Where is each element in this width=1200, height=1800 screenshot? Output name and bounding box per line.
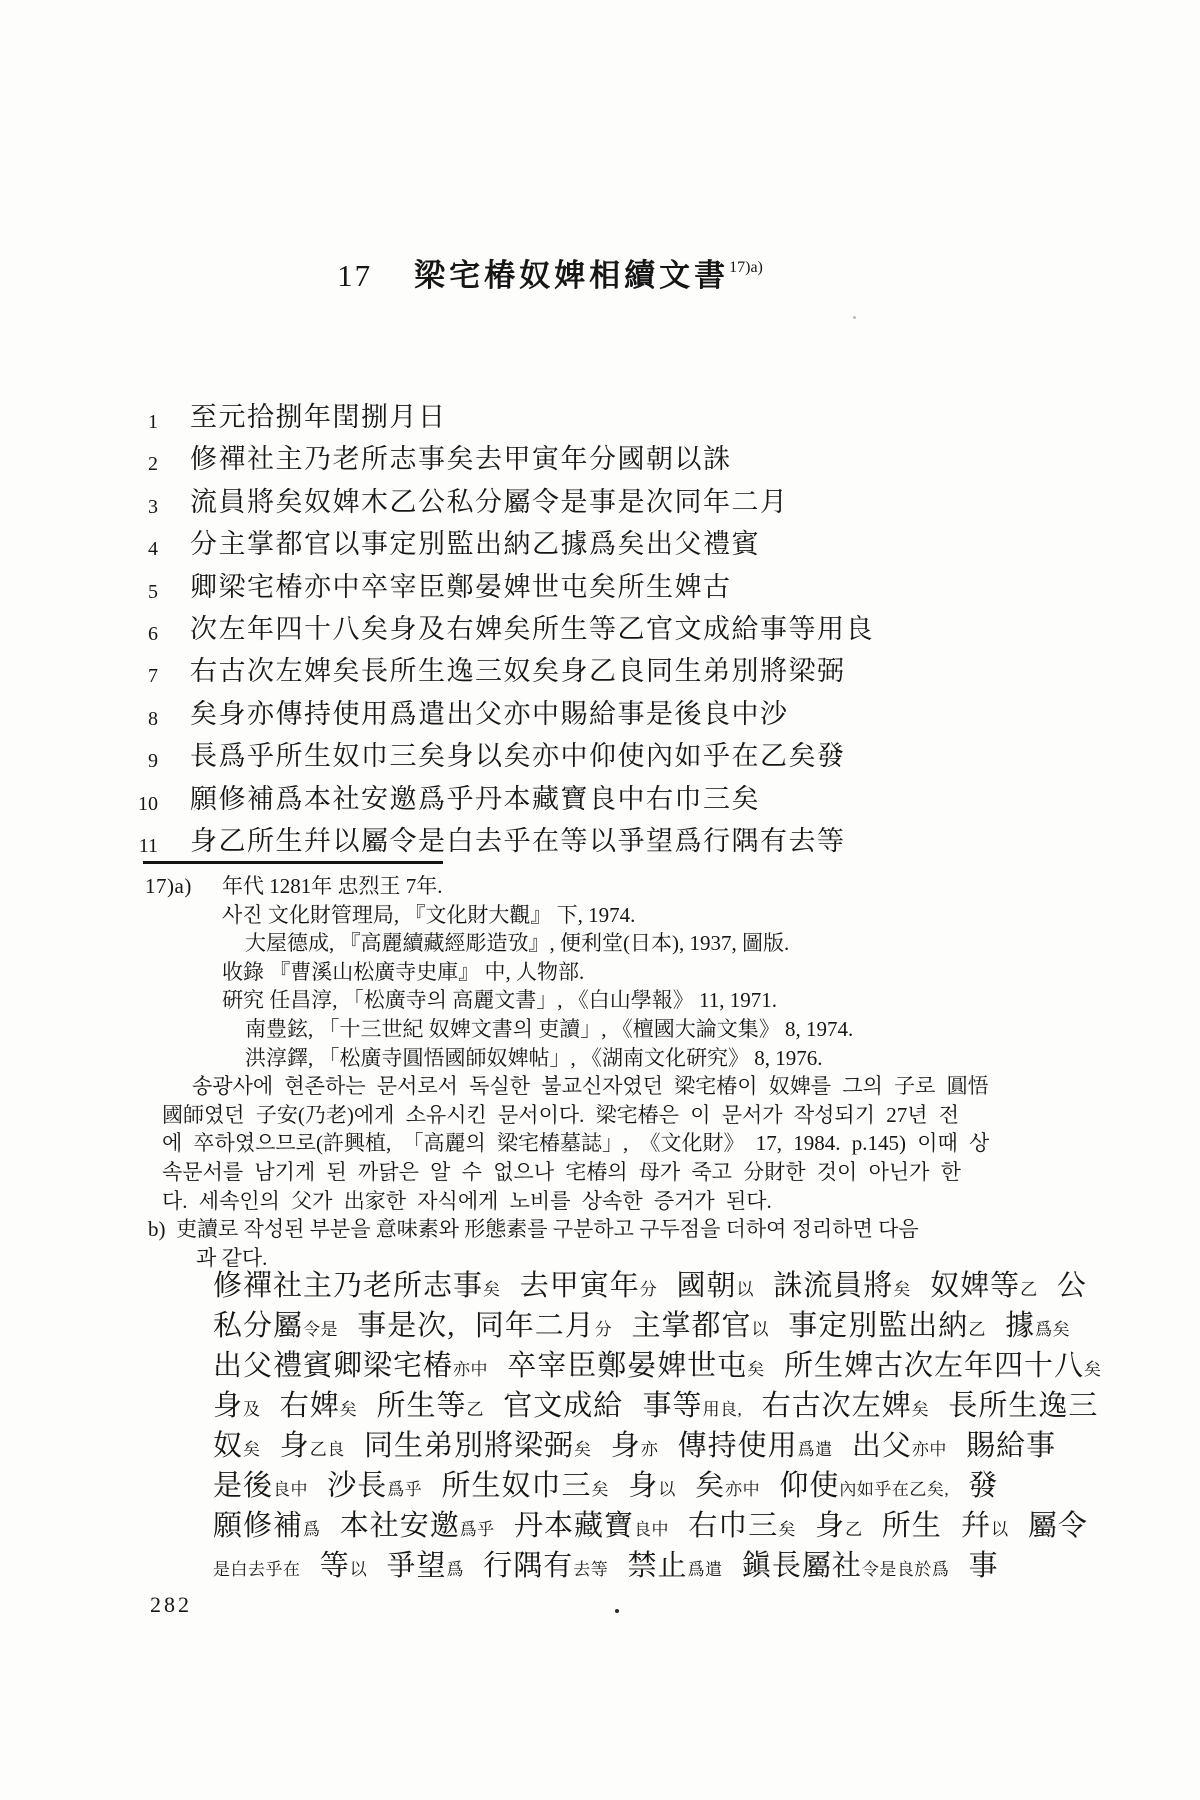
idu-word: 是後 <box>213 1470 273 1502</box>
footnote-line: 南豊鉉, 「十三世紀 奴婢文書의 吏讀」, 《檀國大論文集》 8, 1974. <box>145 1015 1090 1044</box>
idu-word: 所生 幷 <box>863 1510 992 1542</box>
line-number: 3 <box>120 486 158 528</box>
idu-morpheme: 以 <box>737 1280 755 1299</box>
idu-morpheme: 良中 <box>273 1480 308 1499</box>
idu-word: 事 <box>949 1550 998 1582</box>
idu-morpheme: 是白去乎在 <box>213 1560 301 1579</box>
idu-reading-block: 修禪社主乃老所志事矣 去甲寅年分 國朝以 誅流員將矣 奴婢等乙 公私分屬令是 事… <box>213 1266 1113 1586</box>
idu-morpheme: 令是 <box>303 1320 338 1339</box>
idu-morpheme: 亦 <box>641 1440 659 1459</box>
ink-speck <box>853 316 856 319</box>
idu-morpheme: 令是良於爲 <box>862 1560 950 1579</box>
idu-word: 所生等 <box>357 1390 466 1422</box>
idu-word: 長所生逸三 <box>929 1390 1098 1422</box>
idu-morpheme: 乙 <box>467 1400 485 1419</box>
idu-word: 事是次, 同年二月 <box>338 1310 595 1342</box>
line-text: 長爲乎所生奴巾三矣身以矣亦中仰使內如乎在乙矣發 <box>190 735 846 777</box>
footnote-block: 17)a)年代 1281年 忠烈王 7年.사진 文化財管理局, 『文化財大觀』 … <box>145 872 1090 1272</box>
idu-morpheme: 亦中 <box>725 1480 760 1499</box>
idu-morpheme: 內如乎在乙矣, <box>839 1480 949 1499</box>
table-row: 9長爲乎所生奴巾三矣身以矣亦中仰使內如乎在乙矣發 <box>120 735 1100 777</box>
idu-line: 私分屬令是 事是次, 同年二月分 主掌都官以 事定別監出納乙 據爲矣 <box>213 1306 1113 1346</box>
idu-morpheme: 以 <box>991 1520 1009 1539</box>
footnote-line: 硏究 任昌淳, 「松廣寺의 高麗文書」, 《白山學報》 11, 1971. <box>145 986 1090 1015</box>
footnote-label: 17)a) <box>145 872 222 901</box>
table-row: 10願修補爲本社安邀爲乎丹本藏寶良中右巾三矣 <box>120 778 1100 820</box>
idu-word: 奴 <box>213 1430 243 1462</box>
idu-morpheme: 乙 <box>845 1520 863 1539</box>
note-b-text: 吏讀로 작성된 부분을 意味素와 形態素를 구분하고 구두점을 더하여 정리하면… <box>176 1217 919 1241</box>
idu-word: 所生奴巾三 <box>422 1470 591 1502</box>
title-footnote-ref: 17)a) <box>729 259 763 276</box>
line-text: 流員將矣奴婢木乙公私分屬令是事是次同年二月 <box>190 481 789 523</box>
footnote-paragraph-line: 송광사에 현존하는 문서로서 독실한 불교신자였던 梁宅椿이 奴婢를 그의 子로… <box>162 1072 1090 1101</box>
idu-word: 身 <box>261 1430 310 1462</box>
note-b: b)吏讀로 작성된 부분을 意味素와 形態素를 구분하고 구두점을 더하여 정리… <box>148 1215 1090 1272</box>
idu-morpheme: 矣 <box>747 1360 765 1379</box>
idu-word: 公 <box>1038 1270 1087 1302</box>
table-row: 6次左年四十八矣身及右婢矣所生等乙官文成給事等用良 <box>120 608 1100 650</box>
line-number: 1 <box>120 401 158 443</box>
idu-word: 仰使 <box>760 1470 839 1502</box>
line-text: 修禪社主乃老所志事矣去甲寅年分國朝以誅 <box>190 438 732 480</box>
idu-line: 是後良中 沙長爲乎 所生奴巾三矣 身以 矣亦中 仰使內如乎在乙矣, 發 <box>213 1466 1113 1506</box>
idu-morpheme: 良中 <box>634 1520 669 1539</box>
idu-word: 誅流員將 <box>754 1270 893 1302</box>
idu-morpheme: 爲 <box>303 1520 321 1539</box>
idu-morpheme: 矣 <box>778 1520 796 1539</box>
line-number: 6 <box>120 613 158 655</box>
idu-line: 是白去乎在 等以 爭望爲 行隅有去等 禁止爲遣 鎭長屬社令是良於爲 事 <box>213 1546 1113 1586</box>
footnote-paragraph-line: 에 卒하였으므로(許興植, 「高麗의 梁宅椿墓誌」, 《文化財》 17, 198… <box>162 1129 1090 1158</box>
idu-word: 本社安邀 <box>321 1510 460 1542</box>
line-text: 至元拾捌年閏捌月日 <box>190 396 447 438</box>
idu-word: 主掌都官 <box>612 1310 751 1342</box>
line-text: 身乙所生幷以屬令是白去乎在等以爭望爲行隅有去等 <box>190 820 846 862</box>
idu-word: 等 <box>301 1550 350 1582</box>
footnote-line: 17)a)年代 1281年 忠烈王 7年. <box>145 872 1090 901</box>
idu-word: 私分屬 <box>213 1310 303 1342</box>
footnote-line: 사진 文化財管理局, 『文化財大觀』 下, 1974. <box>145 901 1090 930</box>
footnote-references: 17)a)年代 1281年 忠烈王 7年.사진 文化財管理局, 『文化財大觀』 … <box>145 872 1090 1072</box>
line-text: 分主掌都官以事定別監出納乙據爲矣出父禮賓 <box>190 523 760 565</box>
idu-morpheme: 以 <box>658 1480 676 1499</box>
idu-word: 傳持使用 <box>658 1430 797 1462</box>
idu-morpheme: 用良, <box>703 1400 743 1419</box>
idu-word: 據 <box>986 1310 1035 1342</box>
table-row: 5卿梁宅椿亦中卒宰臣鄭晏婢世屯矣所生婢古 <box>120 566 1100 608</box>
idu-morpheme: 亦中 <box>912 1440 947 1459</box>
table-row: 8矣身亦傳持使用爲遣出父亦中賜給事是後良中沙 <box>120 693 1100 735</box>
idu-morpheme: 及 <box>243 1400 261 1419</box>
table-row: 2修禪社主乃老所志事矣去甲寅年分國朝以誅 <box>120 438 1100 480</box>
idu-morpheme: 去等 <box>573 1560 608 1579</box>
line-number: 8 <box>120 698 158 740</box>
footnote-line: 大屋德成, 『高麗續藏經彫造攷』, 便利堂(日本), 1937, 圖版. <box>145 929 1090 958</box>
note-b-label: b) <box>148 1215 176 1244</box>
line-number: 7 <box>120 655 158 697</box>
footnote-line: 洪淳鐸, 「松廣寺圓悟國師奴婢帖」, 《湖南文化硏究》 8, 1976. <box>145 1044 1090 1073</box>
footnote-text: 年代 1281年 忠烈王 7年. <box>222 874 443 898</box>
idu-word: 沙長 <box>308 1470 387 1502</box>
idu-morpheme: 矣 <box>893 1280 911 1299</box>
footnote-commentary: 송광사에 현존하는 문서로서 독실한 불교신자였던 梁宅椿이 奴婢를 그의 子로… <box>145 1072 1090 1215</box>
idu-word: 奴婢等 <box>911 1270 1020 1302</box>
line-text: 右古次左婢矣長所生逸三奴矣身乙良同生弟別將梁弼 <box>190 650 846 692</box>
line-number: 2 <box>120 443 158 485</box>
idu-line: 奴矣 身乙良 同生弟別將梁弼矣 身亦 傳持使用爲遣 出父亦中 賜給事 <box>213 1426 1113 1466</box>
idu-morpheme: 乙良 <box>310 1440 345 1459</box>
footnote-line: 收錄 『曹溪山松廣寺史庫』 中, 人物部. <box>145 958 1090 987</box>
idu-morpheme: 矣 <box>243 1440 261 1459</box>
idu-morpheme: 爲遣 <box>798 1440 833 1459</box>
line-number: 9 <box>120 740 158 782</box>
idu-morpheme: 以 <box>350 1560 368 1579</box>
line-text: 願修補爲本社安邀爲乎丹本藏寶良中右巾三矣 <box>190 778 760 820</box>
idu-morpheme: 矣 <box>912 1400 930 1419</box>
idu-morpheme: 以 <box>752 1320 770 1339</box>
idu-word: 賜給事 <box>947 1430 1056 1462</box>
idu-word: 鎭長屬社 <box>723 1550 862 1582</box>
idu-morpheme: 爲矣 <box>1035 1320 1070 1339</box>
line-text: 次左年四十八矣身及右婢矣所生等乙官文成給事等用良 <box>190 608 874 650</box>
idu-morpheme: 爲遣 <box>688 1560 723 1579</box>
idu-word: 發 <box>949 1470 998 1502</box>
idu-word: 禁止 <box>608 1550 687 1582</box>
idu-word: 所生婢古次左年四十八 <box>765 1350 1084 1382</box>
chapter-number: 17 <box>337 258 372 293</box>
footnote-paragraph-line: 다. 세속인의 父가 出家한 자식에게 노비를 상속한 증거가 된다. <box>162 1187 1090 1216</box>
footnote-paragraph-line: 國師였던 子安(乃老)에게 소유시킨 문서이다. 梁宅椿은 이 문서가 작성되기… <box>162 1101 1090 1130</box>
idu-morpheme: 乙 <box>968 1320 986 1339</box>
line-text: 矣身亦傳持使用爲遣出父亦中賜給事是後良中沙 <box>190 693 789 735</box>
note-b-line: b)吏讀로 작성된 부분을 意味素와 形態素를 구분하고 구두점을 더하여 정리… <box>148 1215 1090 1244</box>
idu-word: 卒宰臣鄭晏婢世屯 <box>488 1350 747 1382</box>
idu-morpheme: 爲乎 <box>387 1480 422 1499</box>
line-text: 卿梁宅椿亦中卒宰臣鄭晏婢世屯矣所生婢古 <box>190 566 732 608</box>
idu-morpheme: 分 <box>595 1320 613 1339</box>
page-title: 梁宅椿奴婢相續文書 <box>414 258 729 293</box>
idu-morpheme: 爲乎 <box>460 1520 495 1539</box>
idu-word: 右巾三 <box>669 1510 778 1542</box>
idu-word: 身 <box>609 1470 658 1502</box>
table-row: 11身乙所生幷以屬令是白去乎在等以爭望爲行隅有去等 <box>120 820 1100 862</box>
line-number: 5 <box>120 571 158 613</box>
idu-line: 出父禮賓卿梁宅椿亦中 卒宰臣鄭晏婢世屯矣 所生婢古次左年四十八矣 <box>213 1346 1113 1386</box>
idu-word: 右古次左婢 <box>742 1390 911 1422</box>
book-page: 17梁宅椿奴婢相續文書17)a) 1至元拾捌年閏捌月日2修禪社主乃老所志事矣去甲… <box>0 0 1200 1800</box>
idu-word: 官文成給 事等 <box>484 1390 703 1422</box>
idu-word: 出父禮賓卿梁宅椿 <box>213 1350 453 1382</box>
ink-speck <box>615 1609 619 1613</box>
idu-morpheme: 矣 <box>592 1480 610 1499</box>
idu-word: 願修補 <box>213 1510 303 1542</box>
idu-word: 右婢 <box>261 1390 340 1422</box>
idu-word: 身 <box>592 1430 641 1462</box>
idu-morpheme: 矣 <box>1084 1360 1102 1379</box>
idu-word: 爭望 <box>367 1550 446 1582</box>
idu-word: 行隅有 <box>464 1550 573 1582</box>
idu-line: 願修補爲 本社安邀爲乎 丹本藏寶良中 右巾三矣 身乙 所生 幷以 屬令 <box>213 1506 1113 1546</box>
document-transcription: 1至元拾捌年閏捌月日2修禪社主乃老所志事矣去甲寅年分國朝以誅3流員將矣奴婢木乙公… <box>120 396 1100 862</box>
idu-word: 國朝 <box>657 1270 736 1302</box>
idu-word: 丹本藏寶 <box>495 1510 634 1542</box>
idu-word: 事定別監出納 <box>769 1310 968 1342</box>
idu-morpheme: 矣 <box>574 1440 592 1459</box>
table-row: 3流員將矣奴婢木乙公私分屬令是事是次同年二月 <box>120 481 1100 523</box>
idu-morpheme: 矣 <box>340 1400 358 1419</box>
idu-line: 身及 右婢矣 所生等乙 官文成給 事等用良, 右古次左婢矣 長所生逸三 <box>213 1386 1113 1426</box>
idu-word: 去甲寅年 <box>501 1270 640 1302</box>
idu-word: 屬令 <box>1009 1510 1088 1542</box>
idu-morpheme: 分 <box>640 1280 658 1299</box>
footnote-separator <box>143 861 443 864</box>
table-row: 4分主掌都官以事定別監出納乙據爲矣出父禮賓 <box>120 523 1100 565</box>
idu-morpheme: 爲 <box>447 1560 465 1579</box>
idu-morpheme: 亦中 <box>453 1360 488 1379</box>
idu-word: 同生弟別將梁弼 <box>345 1430 574 1462</box>
chapter-title: 17梁宅椿奴婢相續文書17)a) <box>0 250 1100 295</box>
page-number: 282 <box>150 1592 192 1618</box>
line-number: 10 <box>120 783 158 825</box>
table-row: 1至元拾捌年閏捌月日 <box>120 396 1100 438</box>
footnote-paragraph-line: 속문서를 남기게 된 까닭은 알 수 없으나 宅椿의 母가 죽고 分財한 것이 … <box>162 1158 1090 1187</box>
idu-word: 修禪社主乃老所志事 <box>213 1270 483 1302</box>
idu-word: 身 <box>213 1390 243 1422</box>
idu-morpheme: 矣 <box>483 1280 501 1299</box>
idu-morpheme: 乙 <box>1020 1280 1038 1299</box>
idu-word: 矣 <box>676 1470 725 1502</box>
idu-word: 身 <box>796 1510 845 1542</box>
line-number: 4 <box>120 528 158 570</box>
idu-line: 修禪社主乃老所志事矣 去甲寅年分 國朝以 誅流員將矣 奴婢等乙 公 <box>213 1266 1113 1306</box>
idu-word: 出父 <box>833 1430 912 1462</box>
table-row: 7右古次左婢矣長所生逸三奴矣身乙良同生弟別將梁弼 <box>120 650 1100 692</box>
